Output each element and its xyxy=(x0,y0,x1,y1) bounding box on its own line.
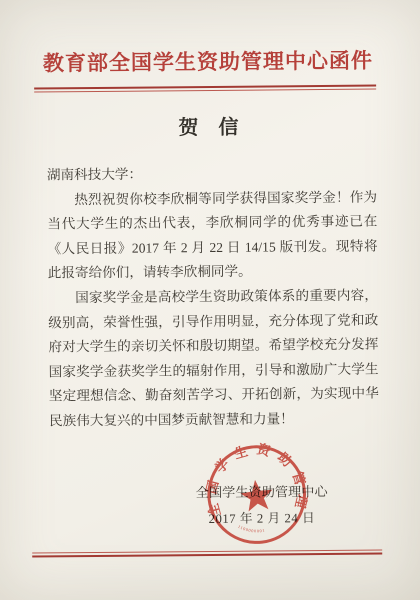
letterhead-title: 教育部全国学生资助管理中心函件 xyxy=(0,44,418,78)
letter-page: 教育部全国学生资助管理中心函件 贺 信 湖南科技大学： 热烈祝贺你校李欣桐等同学… xyxy=(0,0,420,600)
salutation: 湖南科技大学： xyxy=(47,161,377,188)
closing-block: 全国学生资助管理中心 2017 年 2 月 24 日 xyxy=(189,481,335,527)
letterhead-rule xyxy=(34,85,376,93)
letter-photo: 教育部全国学生资助管理中心函件 贺 信 湖南科技大学： 热烈祝贺你校李欣桐等同学… xyxy=(0,0,420,600)
document-title: 贺 信 xyxy=(0,109,419,142)
footer-rule xyxy=(32,550,382,558)
signature-organization: 全国学生资助管理中心 xyxy=(189,481,335,501)
body-paragraph-2: 国家奖学金是高校学生资助政策体系的重要内容，级别高，荣誉性强，引导作用明显，充分… xyxy=(48,284,379,434)
letter-body: 湖南科技大学： 热烈祝贺你校李欣桐等同学获得国家奖学金！作为当代大学生的杰出代表… xyxy=(47,161,379,434)
signature-date: 2017 年 2 月 24 日 xyxy=(189,507,335,527)
body-paragraph-1: 热烈祝贺你校李欣桐等同学获得国家奖学金！作为当代大学生的杰出代表，李欣桐同学的优… xyxy=(47,185,378,286)
